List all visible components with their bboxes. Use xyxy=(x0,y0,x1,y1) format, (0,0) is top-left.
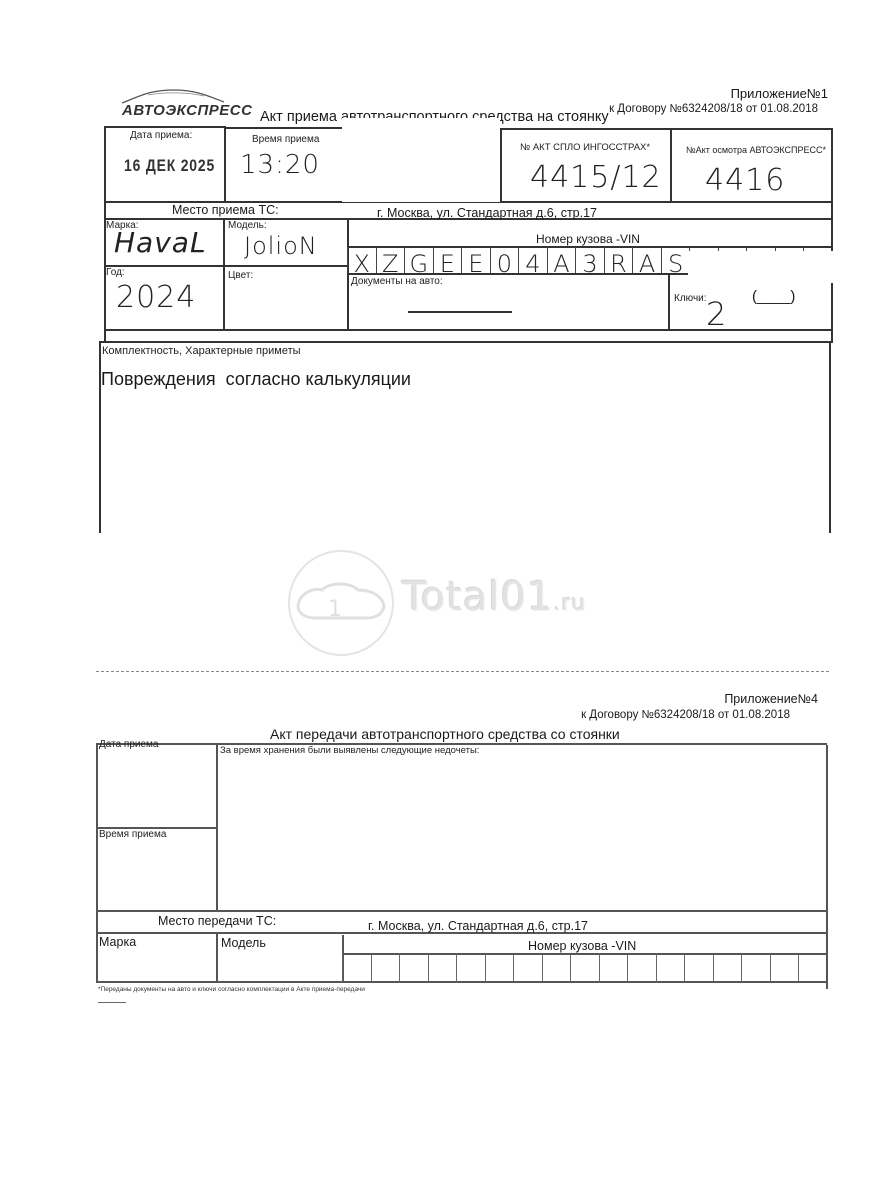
act2-vin-grid xyxy=(342,954,827,982)
date-label: Дата приема: xyxy=(130,130,192,141)
act2-time-label: Время приема xyxy=(99,829,166,840)
vin-cell[interactable] xyxy=(570,954,599,982)
vin-cell[interactable] xyxy=(798,954,827,982)
act2-vin-label: Номер кузова -VIN xyxy=(528,939,636,953)
defects-label: За время хранения были выявлены следующи… xyxy=(220,745,479,756)
keys-paren: (____) xyxy=(752,288,795,305)
vin-cell[interactable] xyxy=(513,954,542,982)
vin-cell[interactable]: A xyxy=(547,247,576,273)
keys-value[interactable]: 2 xyxy=(706,295,727,333)
appendix-number: Приложение№1 xyxy=(560,86,828,101)
vin-cell[interactable] xyxy=(741,954,770,982)
vin-cell[interactable]: A xyxy=(632,247,661,273)
vin-cell[interactable] xyxy=(684,954,713,982)
act2-place-value: г. Москва, ул. Стандартная д.6, стр.17 xyxy=(368,919,588,933)
vin-cell[interactable] xyxy=(599,954,628,982)
vin-cell[interactable] xyxy=(342,954,371,982)
ingos-act-value[interactable]: 4415/12 xyxy=(530,160,662,195)
model-value[interactable]: JolioN xyxy=(244,232,318,260)
place-label: Место приема ТС: xyxy=(172,203,279,217)
vin-cell[interactable]: Z xyxy=(376,247,405,273)
vin-cell[interactable] xyxy=(627,954,656,982)
avtoexpress-logo: АВТОЭКСПРЕСС xyxy=(118,88,230,124)
date-stamp: 16 ДЕК 2025 xyxy=(124,156,215,176)
model-label: Модель: xyxy=(228,220,267,231)
vin-char: A xyxy=(548,250,576,278)
avtoexpress-act-label: №Акт осмотра АВТОЭКСПРЕСС* xyxy=(686,145,826,155)
act2-title: Акт передачи автотранспортного средства … xyxy=(270,726,620,742)
vin-cell[interactable]: E xyxy=(461,247,490,273)
time-label: Время приема xyxy=(252,134,319,145)
documents-dash xyxy=(408,311,512,313)
watermark-car-logo-icon: 1 xyxy=(286,548,396,658)
svg-text:1: 1 xyxy=(328,597,342,622)
completeness-value: Повреждения согласно калькуляции xyxy=(101,369,411,390)
watermark-suffix: .ru xyxy=(553,591,586,616)
vin-char: 3 xyxy=(576,250,604,278)
vin-cell[interactable]: 0 xyxy=(490,247,519,273)
vin-char: 0 xyxy=(491,250,519,278)
watermark-text: Total01 xyxy=(402,574,553,620)
redacted-vin-tail xyxy=(688,251,833,283)
vin-char: S xyxy=(662,250,690,278)
vin-char: G xyxy=(405,250,433,278)
vin-cell[interactable]: X xyxy=(347,247,376,273)
time-value[interactable]: 13:20 xyxy=(240,150,320,180)
vin-cell[interactable] xyxy=(770,954,799,982)
year-label: Год: xyxy=(106,267,125,278)
vin-char: X xyxy=(348,250,376,278)
act2-place-label: Место передачи ТС: xyxy=(158,914,276,928)
act2-brand-label: Марка xyxy=(99,935,136,949)
watermark: 1 Total01.ru xyxy=(286,548,606,658)
vin-cell[interactable]: 3 xyxy=(575,247,604,273)
vin-cell[interactable] xyxy=(456,954,485,982)
contract-reference-2: к Договору №6324208/18 от 01.08.2018 xyxy=(560,709,790,721)
vin-cell[interactable]: G xyxy=(404,247,433,273)
place-value: г. Москва, ул. Стандартная д.6, стр.17 xyxy=(377,206,597,220)
vin-char: R xyxy=(605,250,633,278)
act2-model-label: Модель xyxy=(221,936,266,950)
vin-char: A xyxy=(633,250,661,278)
vin-cell[interactable] xyxy=(485,954,514,982)
footnote: *Переданы документы на авто и ключи согл… xyxy=(98,986,365,993)
vin-cell[interactable]: E xyxy=(433,247,462,273)
vin-cell[interactable] xyxy=(399,954,428,982)
appendix-4-header: Приложение№4 к Договору №6324208/18 от 0… xyxy=(560,692,818,721)
appendix-number-4: Приложение№4 xyxy=(560,692,818,706)
year-value[interactable]: 2024 xyxy=(116,280,196,315)
vin-char: 4 xyxy=(519,250,547,278)
redacted-area xyxy=(342,118,500,202)
vin-label: Номер кузова -VIN xyxy=(536,232,640,246)
logo-text: АВТОЭКСПРЕСС xyxy=(122,102,252,119)
keys-label: Ключи: xyxy=(674,293,707,304)
vin-cell[interactable] xyxy=(371,954,400,982)
vin-cell[interactable]: S xyxy=(661,247,690,273)
vin-cell[interactable] xyxy=(656,954,685,982)
vin-char: Z xyxy=(377,250,405,278)
act2-date-label: Дата приема xyxy=(99,739,158,750)
cut-line xyxy=(96,671,829,672)
vin-char: E xyxy=(434,250,462,278)
vin-cell[interactable] xyxy=(428,954,457,982)
documents-label: Документы на авто: xyxy=(351,276,443,287)
avtoexpress-act-value[interactable]: 4416 xyxy=(705,163,785,198)
ingos-act-label: № АКТ СПЛО ИНГОССТРАХ* xyxy=(520,142,650,153)
completeness-label: Комплектность, Характерные приметы xyxy=(102,345,301,357)
vin-cell[interactable] xyxy=(713,954,742,982)
vin-char: E xyxy=(462,250,490,278)
vin-cell[interactable]: R xyxy=(604,247,633,273)
vin-cell[interactable]: 4 xyxy=(518,247,547,273)
color-label: Цвет: xyxy=(228,270,253,281)
brand-value[interactable]: HavaL xyxy=(114,226,207,259)
vin-cell[interactable] xyxy=(542,954,571,982)
